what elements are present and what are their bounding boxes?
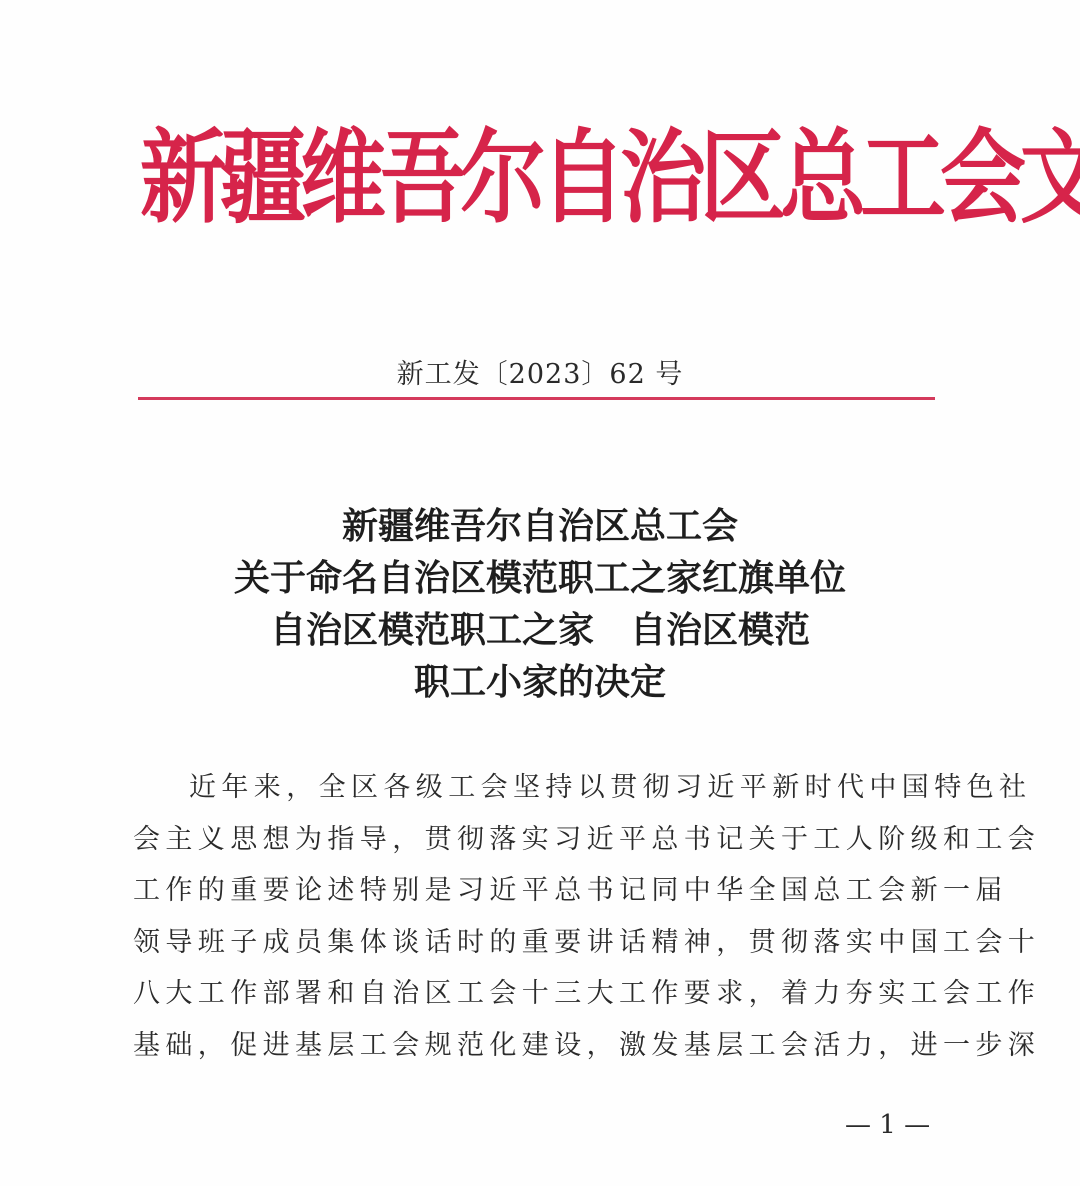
red-divider-rule (138, 397, 935, 400)
body-line: 近年来，全区各级工会坚持以贯彻习近平新时代中国特色社 (133, 762, 933, 814)
masthead-title: 新疆维吾尔自治区总工会文件 (140, 108, 940, 250)
document-page: 新疆维吾尔自治区总工会文件 新工发〔2023〕62 号 新疆维吾尔自治区总工会 … (0, 0, 1080, 1186)
title-line: 自治区模范职工之家 自治区模范 (0, 604, 1080, 656)
body-line: 领导班子成员集体谈话时的重要讲话精神，贯彻落实中国工会十 (133, 917, 933, 969)
body-line: 工作的重要论述特别是习近平总书记同中华全国总工会新一届 (133, 865, 933, 917)
page-number: — 1 — (845, 1110, 945, 1140)
body-paragraph: 近年来，全区各级工会坚持以贯彻习近平新时代中国特色社 会主义思想为指导，贯彻落实… (133, 762, 933, 1071)
document-number: 新工发〔2023〕62 号 (0, 352, 1080, 391)
body-line: 八大工作部署和自治区工会十三大工作要求，着力夯实工会工作 (133, 968, 933, 1020)
title-line: 新疆维吾尔自治区总工会 (0, 500, 1080, 552)
body-line: 基础，促进基层工会规范化建设，激发基层工会活力，进一步深 (133, 1020, 933, 1072)
body-line: 会主义思想为指导，贯彻落实习近平总书记关于工人阶级和工会 (133, 814, 933, 866)
document-title: 新疆维吾尔自治区总工会 关于命名自治区模范职工之家红旗单位 自治区模范职工之家 … (0, 500, 1080, 708)
title-line: 关于命名自治区模范职工之家红旗单位 (0, 552, 1080, 604)
title-line: 职工小家的决定 (0, 656, 1080, 708)
